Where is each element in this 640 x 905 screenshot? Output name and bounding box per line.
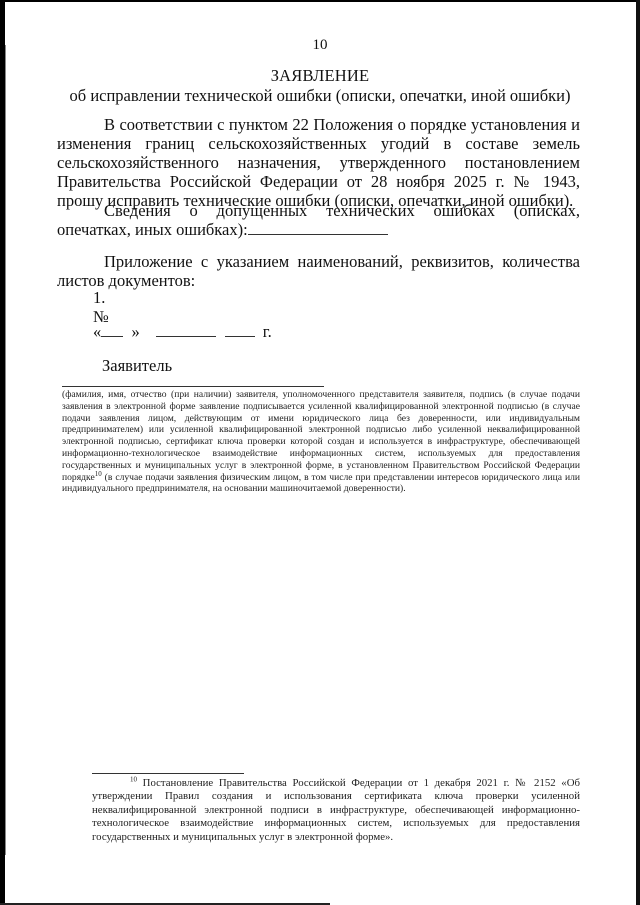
signature-note-text-cont: (в случае подачи заявления физическим ли… (62, 472, 580, 495)
document-title: ЗАЯВЛЕНИЕ (0, 66, 640, 86)
footnote-ref: 10 (95, 469, 102, 477)
errors-details-blank[interactable] (248, 220, 388, 235)
date-close-quote: » (132, 322, 140, 341)
attachments-paragraph: Приложение с указанием наименований, рек… (57, 252, 580, 290)
applicant-label: Заявитель (102, 356, 172, 376)
year-blank[interactable] (225, 322, 255, 337)
footnote-marker: 10 (130, 775, 137, 783)
footnote-text: Постановление Правительства Российской Ф… (92, 777, 580, 843)
request-paragraph: В соответствии с пунктом 22 Положения о … (57, 115, 580, 210)
year-suffix: г. (263, 322, 272, 341)
footnote: 10 Постановление Правительства Российско… (92, 777, 580, 844)
scan-border-right (636, 0, 640, 905)
date-line: « » г. (93, 322, 272, 341)
date-open-quote: « (93, 322, 101, 341)
day-blank[interactable] (101, 322, 123, 337)
page-number: 10 (0, 37, 640, 54)
errors-details-paragraph: Сведения о допущенных технических ошибка… (57, 201, 580, 239)
signature-note: (фамилия, имя, отчество (при наличии) за… (62, 389, 580, 495)
attachments-text: Приложение с указанием наименований, рек… (57, 252, 580, 290)
signature-line (62, 386, 324, 387)
scan-border-top (0, 0, 640, 2)
month-blank[interactable] (156, 322, 216, 337)
document-subtitle: об исправлении технической ошибки (описк… (0, 86, 640, 106)
attachment-item-1: 1. (93, 288, 105, 307)
footnote-divider (92, 773, 244, 774)
scan-border-left-inner (5, 45, 6, 855)
request-text: В соответствии с пунктом 22 Положения о … (57, 115, 580, 210)
signature-note-text: (фамилия, имя, отчество (при наличии) за… (62, 389, 580, 483)
